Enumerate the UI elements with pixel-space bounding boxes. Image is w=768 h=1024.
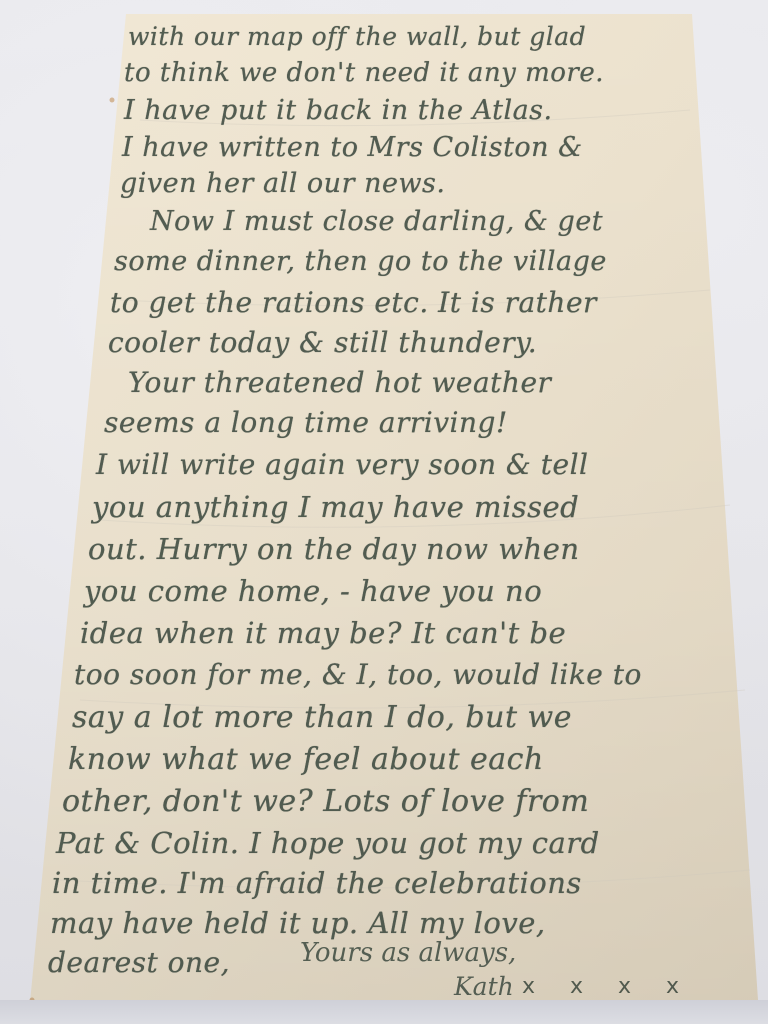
letter-line: I will write again very soon & tell	[96, 448, 589, 481]
letter-line: say a lot more than I do, but we	[72, 700, 572, 735]
letter-line: in time. I'm afraid the celebrations	[52, 866, 582, 900]
letter-line: Your threatened hot weather	[128, 366, 551, 399]
letter-line: cooler today & still thundery.	[108, 326, 537, 359]
letter-line: I have written to Mrs Coliston &	[122, 132, 583, 163]
letter-line: know what we feel about each	[68, 742, 544, 777]
letter-line: too soon for me, & I, too, would like to	[74, 658, 642, 691]
letter-body: with our map off the wall, but glad to t…	[0, 0, 768, 1024]
letter-line: other, don't we? Lots of love from	[62, 784, 589, 819]
letter-line: dearest one,	[48, 946, 230, 979]
letter-line: to get the rations etc. It is rather	[110, 286, 597, 319]
letter-signature: Kath	[454, 972, 514, 1001]
letter-line: given her all our news.	[120, 168, 445, 199]
letter-line: you come home, - have you no	[84, 574, 542, 608]
letter-line: out. Hurry on the day now when	[88, 532, 580, 566]
letter-line: I have put it back in the Atlas.	[124, 95, 553, 126]
letter-line: some dinner, then go to the village	[114, 246, 607, 277]
letter-line: Now I must close darling, & get	[150, 206, 603, 237]
letter-closing: Yours as always,	[300, 938, 516, 968]
letter-line: you anything I may have missed	[92, 490, 579, 524]
letter-page: with our map off the wall, but glad to t…	[0, 0, 768, 1024]
letter-line: may have held it up. All my love,	[50, 906, 546, 940]
letter-line: idea when it may be? It can't be	[80, 616, 566, 650]
letter-line: to think we don't need it any more.	[124, 58, 604, 88]
letter-line: with our map off the wall, but glad	[128, 22, 586, 51]
kisses-marks: x x x x	[522, 974, 693, 999]
letter-line: seems a long time arriving!	[104, 406, 508, 439]
letter-line: Pat & Colin. I hope you got my card	[56, 826, 600, 860]
